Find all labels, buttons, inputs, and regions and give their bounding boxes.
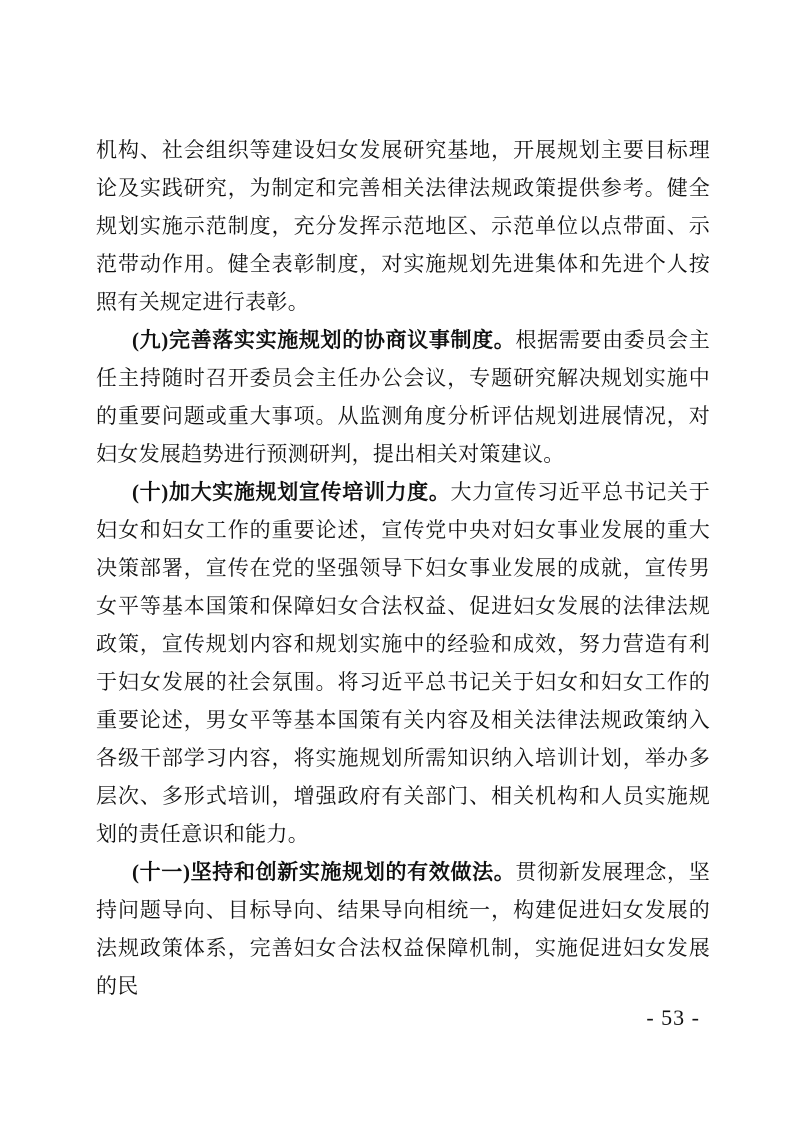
paragraph: 机构、社会组织等建设妇女发展研究基地，开展规划主要目标理论及实践研究，为制定和完… bbox=[96, 131, 710, 321]
paragraph: (十一)坚持和创新实施规划的有效做法。贯彻新发展理念，坚持问题导向、目标导向、结… bbox=[96, 853, 710, 1005]
paragraph: (十)加大实施规划宣传培训力度。大力宣传习近平总书记关于妇女和妇女工作的重要论述… bbox=[96, 473, 710, 853]
paragraph: (九)完善落实实施规划的协商议事制度。根据需要由委员会主任主持随时召开委员会主任… bbox=[96, 321, 710, 473]
paragraph-lead: (十)加大实施规划宣传培训力度。 bbox=[132, 480, 450, 504]
paragraph-lead: (九)完善落实实施规划的协商议事制度。 bbox=[132, 328, 515, 352]
document-body: 机构、社会组织等建设妇女发展研究基地，开展规划主要目标理论及实践研究，为制定和完… bbox=[96, 131, 710, 1005]
page-number: - 53 - bbox=[646, 1005, 700, 1031]
paragraph-lead: (十一)坚持和创新实施规划的有效做法。 bbox=[132, 860, 515, 884]
document-page: 机构、社会组织等建设妇女发展研究基地，开展规划主要目标理论及实践研究，为制定和完… bbox=[0, 0, 794, 1122]
paragraph-body: 大力宣传习近平总书记关于妇女和妇女工作的重要论述，宣传党中央对妇女事业发展的重大… bbox=[96, 480, 710, 846]
paragraph-body: 机构、社会组织等建设妇女发展研究基地，开展规划主要目标理论及实践研究，为制定和完… bbox=[96, 138, 710, 314]
